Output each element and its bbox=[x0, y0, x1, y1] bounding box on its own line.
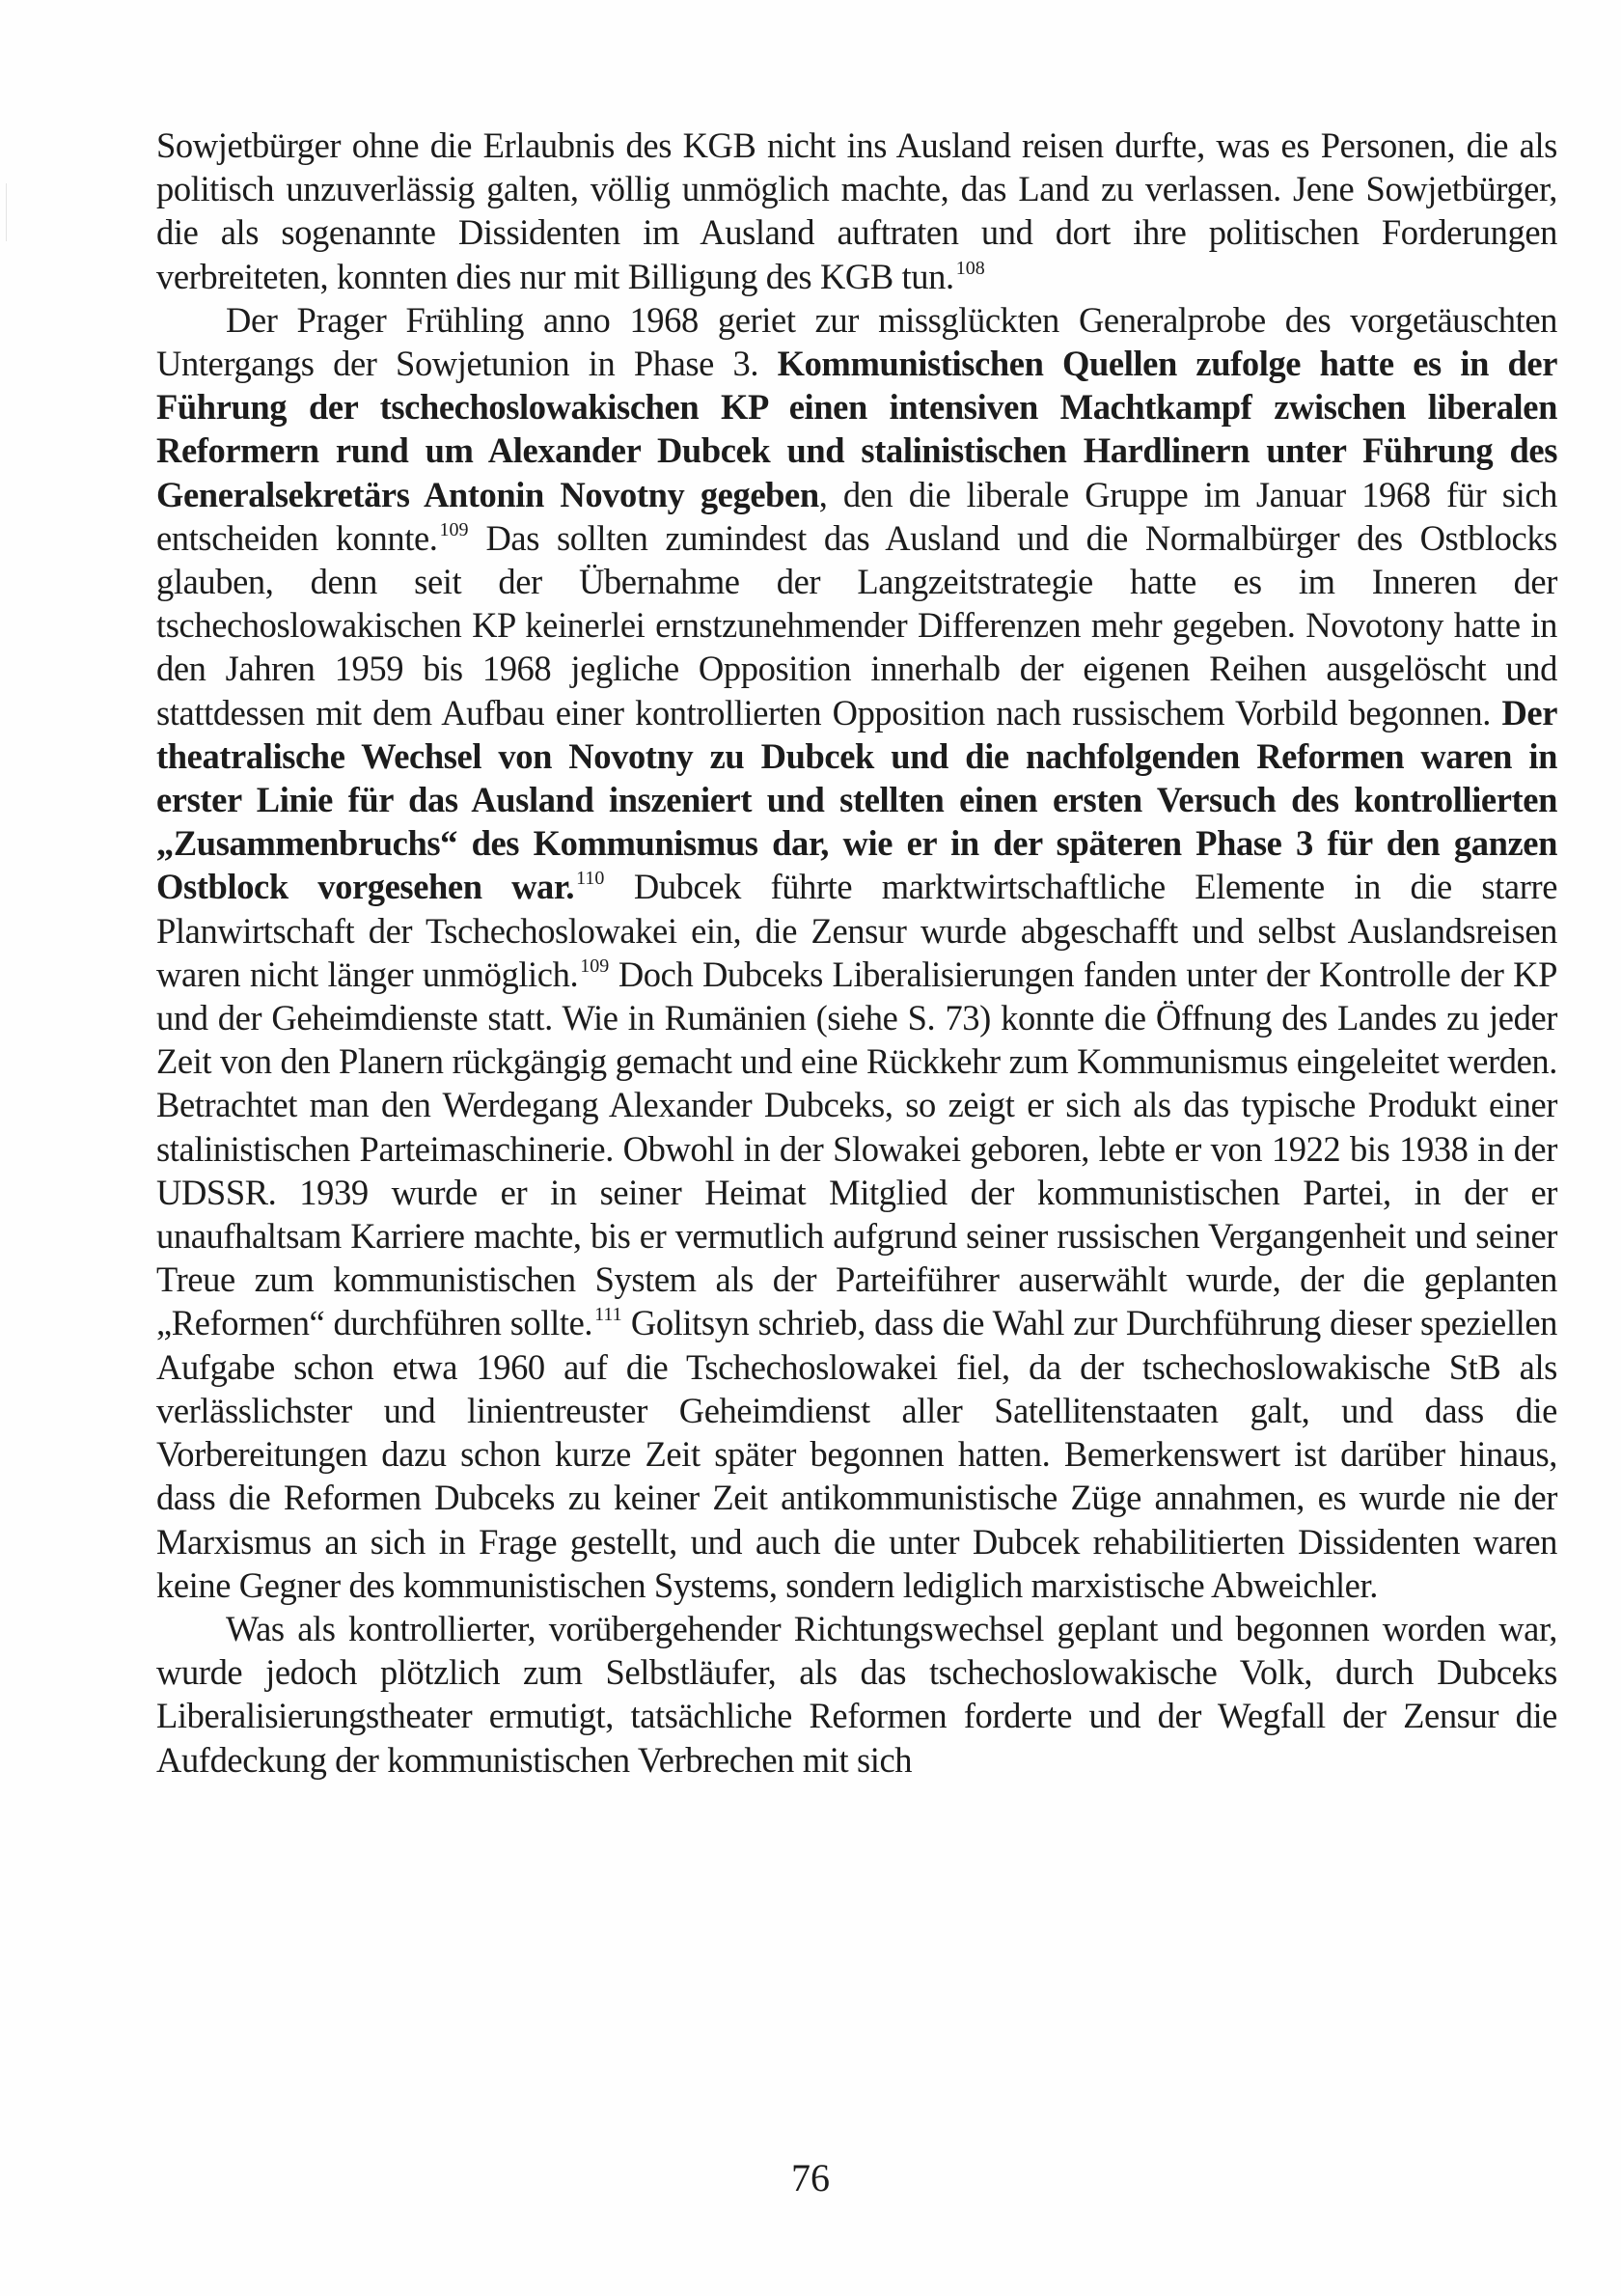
paragraph-1: Sowjetbürger ohne die Erlaubnis des KGB … bbox=[156, 124, 1557, 298]
footnote-reference: 110 bbox=[576, 868, 604, 889]
footnote-reference: 109 bbox=[580, 955, 609, 977]
paragraph-3: Was als kontrollierter, vorübergehender … bbox=[156, 1607, 1557, 1782]
body-text-run: Was als kontrollierter, vorübergehender … bbox=[156, 1609, 1557, 1780]
page-number: 76 bbox=[0, 2155, 1621, 2200]
body-text: Sowjetbürger ohne die Erlaubnis des KGB … bbox=[156, 124, 1557, 1782]
footnote-reference: 111 bbox=[594, 1304, 622, 1325]
body-text-run: Doch Dubceks Liberalisierungen fanden un… bbox=[156, 954, 1557, 1343]
book-page: Sowjetbürger ohne die Erlaubnis des KGB … bbox=[0, 0, 1621, 2296]
footnote-reference: 109 bbox=[440, 519, 469, 540]
scan-margin-mark bbox=[6, 183, 7, 241]
paragraph-2: Der Prager Frühling anno 1968 geriet zur… bbox=[156, 298, 1557, 1607]
body-text-run: Golitsyn schrieb, dass die Wahl zur Durc… bbox=[156, 1303, 1557, 1604]
footnote-reference: 108 bbox=[956, 258, 985, 279]
body-text-run: Sowjetbürger ohne die Erlaubnis des KGB … bbox=[156, 125, 1557, 296]
